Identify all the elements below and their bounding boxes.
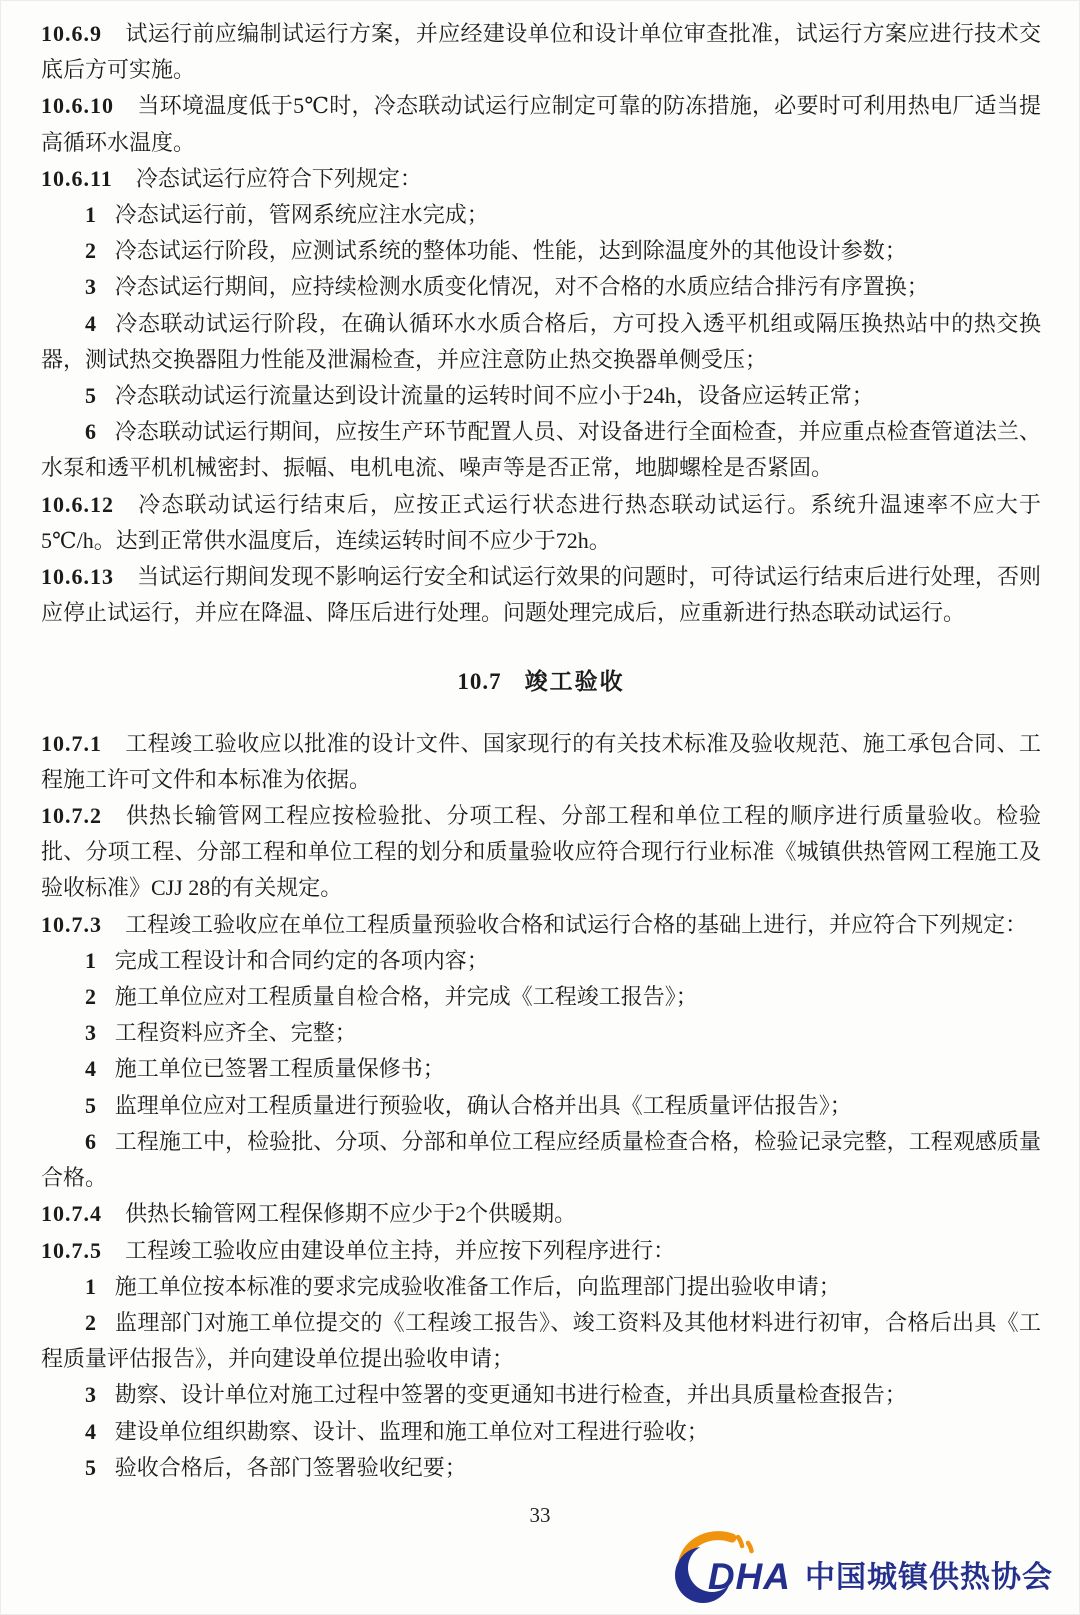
list-item: 4施工单位已签署工程质量保修书；: [41, 1051, 1041, 1087]
list-item-text: 施工单位已签署工程质量保修书；: [115, 1056, 445, 1081]
clause-paragraph: 10.6.9试运行前应编制试运行方案，并应经建设单位和设计单位审查批准，试运行方…: [41, 16, 1041, 88]
list-item-number: 5: [85, 1093, 96, 1118]
clause-text: 工程竣工验收应以批准的设计文件、国家现行的有关技术标准及验收规范、施工承包合同、…: [41, 731, 1041, 792]
list-item-number: 4: [85, 1419, 96, 1444]
clause-text: 供热长输管网工程保修期不应少于2个供暖期。: [125, 1201, 576, 1226]
clause-paragraph: 10.7.1工程竣工验收应以批准的设计文件、国家现行的有关技术标准及验收规范、施…: [41, 726, 1041, 798]
list-item-text: 冷态联动试运行流量达到设计流量的运转时间不应小于24h，设备应运转正常；: [115, 383, 874, 408]
section-number: 10.7: [457, 669, 501, 694]
list-item-text: 施工单位按本标准的要求完成验收准备工作后，向监理部门提出验收申请；: [115, 1274, 841, 1299]
list-item: 5冷态联动试运行流量达到设计流量的运转时间不应小于24h，设备应运转正常；: [41, 378, 1041, 414]
document-body: 10.6.9试运行前应编制试运行方案，并应经建设单位和设计单位审查批准，试运行方…: [1, 1, 1079, 1486]
list-item: 5验收合格后，各部门签署验收纪要；: [41, 1450, 1041, 1486]
clause-number: 10.7.2: [41, 803, 102, 828]
list-item-text: 完成工程设计和合同约定的各项内容；: [115, 948, 489, 973]
clause-paragraph: 10.6.13当试运行期间发现不影响运行安全和试运行效果的问题时，可待试运行结束…: [41, 559, 1041, 631]
list-item: 2冷态试运行阶段，应测试系统的整体功能、性能，达到除温度外的其他设计参数；: [41, 233, 1041, 269]
list-item: 6工程施工中，检验批、分项、分部和单位工程应经质量检查合格，检验记录完整，工程观…: [41, 1124, 1041, 1196]
list-item-number: 6: [85, 419, 96, 444]
clause-number: 10.6.9: [41, 21, 102, 46]
list-item-text: 冷态试运行期间，应持续检测水质变化情况，对不合格的水质应结合排污有序置换；: [115, 274, 929, 299]
clause-number: 10.7.4: [41, 1201, 102, 1226]
list-item-number: 4: [85, 1056, 96, 1081]
clause-number: 10.7.1: [41, 731, 102, 756]
list-item-number: 2: [85, 238, 96, 263]
page-number: 33: [1, 1503, 1079, 1528]
clause-text: 冷态联动试运行结束后，应按正式运行状态进行热态联动试运行。系统升温速率不应大于5…: [41, 492, 1041, 553]
clause-paragraph: 10.7.4供热长输管网工程保修期不应少于2个供暖期。: [41, 1196, 1041, 1232]
clause-paragraph: 10.6.10当环境温度低于5℃时，冷态联动试运行应制定可靠的防冻措施，必要时可…: [41, 88, 1041, 160]
clause-paragraph: 10.6.12冷态联动试运行结束后，应按正式运行状态进行热态联动试运行。系统升温…: [41, 487, 1041, 559]
list-item-number: 6: [85, 1129, 96, 1154]
list-item: 1冷态试运行前，管网系统应注水完成；: [41, 197, 1041, 233]
list-item-number: 1: [85, 202, 96, 227]
clause-number: 10.7.5: [41, 1238, 102, 1263]
clause-text: 工程竣工验收应在单位工程质量预验收合格和试运行合格的基础上进行，并应符合下列规定…: [125, 912, 1027, 937]
clause-text: 工程竣工验收应由建设单位主持，并应按下列程序进行：: [125, 1238, 675, 1263]
list-item-number: 3: [85, 1382, 96, 1407]
list-item-text: 工程资料应齐全、完整；: [115, 1020, 357, 1045]
list-item-text: 验收合格后，各部门签署验收纪要；: [115, 1455, 467, 1480]
list-item-number: 3: [85, 274, 96, 299]
clause-number: 10.6.10: [41, 93, 114, 118]
list-item-number: 3: [85, 1020, 96, 1045]
list-item: 4冷态联动试运行阶段，在确认循环水水质合格后，方可投入透平机组或隔压换热站中的热…: [41, 306, 1041, 378]
clause-text: 冷态试运行应符合下列规定：: [136, 166, 422, 191]
section-title: 竣工验收: [525, 669, 625, 694]
list-item-number: 1: [85, 1274, 96, 1299]
cdha-logo: DHA 中国城镇供热协会: [672, 1530, 1053, 1608]
clause-paragraph: 10.6.11冷态试运行应符合下列规定：: [41, 161, 1041, 197]
list-item-text: 工程施工中，检验批、分项、分部和单位工程应经质量检查合格，检验记录完整，工程观感…: [41, 1129, 1041, 1190]
section-heading: 10.7竣工验收: [41, 664, 1041, 700]
list-item-number: 5: [85, 383, 96, 408]
list-item: 5监理单位应对工程质量进行预验收，确认合格并出具《工程质量评估报告》；: [41, 1088, 1041, 1124]
list-item-number: 2: [85, 1310, 96, 1335]
list-item: 2监理部门对施工单位提交的《工程竣工报告》、竣工资料及其他材料进行初审，合格后出…: [41, 1305, 1041, 1377]
document-page: 10.6.9试运行前应编制试运行方案，并应经建设单位和设计单位审查批准，试运行方…: [0, 0, 1080, 1615]
list-item: 3勘察、设计单位对施工过程中签署的变更通知书进行检查，并出具质量检查报告；: [41, 1377, 1041, 1413]
list-item-text: 冷态联动试运行期间，应按生产环节配置人员、对设备进行全面检查，并应重点检查管道法…: [41, 419, 1041, 480]
clause-text: 当试运行期间发现不影响运行安全和试运行效果的问题时，可待试运行结束后进行处理，否…: [41, 564, 1041, 625]
clause-number: 10.6.12: [41, 492, 114, 517]
list-item-text: 冷态试运行前，管网系统应注水完成；: [115, 202, 489, 227]
list-item-number: 4: [85, 311, 96, 336]
clause-paragraph: 10.7.3工程竣工验收应在单位工程质量预验收合格和试运行合格的基础上进行，并应…: [41, 907, 1041, 943]
cdha-logo-acronym: DHA: [708, 1556, 791, 1598]
list-item: 6冷态联动试运行期间，应按生产环节配置人员、对设备进行全面检查，并应重点检查管道…: [41, 414, 1041, 486]
list-item: 3工程资料应齐全、完整；: [41, 1015, 1041, 1051]
clause-text: 试运行前应编制试运行方案，并应经建设单位和设计单位审查批准，试运行方案应进行技术…: [41, 21, 1041, 82]
list-item-text: 建设单位组织勘察、设计、监理和施工单位对工程进行验收；: [115, 1419, 709, 1444]
list-item-text: 冷态联动试运行阶段，在确认循环水水质合格后，方可投入透平机组或隔压换热站中的热交…: [41, 311, 1041, 372]
list-item: 3冷态试运行期间，应持续检测水质变化情况，对不合格的水质应结合排污有序置换；: [41, 269, 1041, 305]
clause-number: 10.7.3: [41, 912, 102, 937]
clause-paragraph: 10.7.2供热长输管网工程应按检验批、分项工程、分部工程和单位工程的顺序进行质…: [41, 798, 1041, 907]
clause-text: 当环境温度低于5℃时，冷态联动试运行应制定可靠的防冻措施，必要时可利用热电厂适当…: [41, 93, 1041, 154]
list-item: 4建设单位组织勘察、设计、监理和施工单位对工程进行验收；: [41, 1414, 1041, 1450]
list-item-number: 2: [85, 984, 96, 1009]
clause-number: 10.6.11: [41, 166, 113, 191]
list-item-number: 5: [85, 1455, 96, 1480]
clause-number: 10.6.13: [41, 564, 114, 589]
clause-paragraph: 10.7.5工程竣工验收应由建设单位主持，并应按下列程序进行：: [41, 1233, 1041, 1269]
list-item-text: 施工单位应对工程质量自检合格，并完成《工程竣工报告》；: [115, 984, 698, 1009]
list-item-text: 监理单位应对工程质量进行预验收，确认合格并出具《工程质量评估报告》；: [115, 1093, 852, 1118]
list-item: 1施工单位按本标准的要求完成验收准备工作后，向监理部门提出验收申请；: [41, 1269, 1041, 1305]
list-item-text: 监理部门对施工单位提交的《工程竣工报告》、竣工资料及其他材料进行初审，合格后出具…: [41, 1310, 1041, 1371]
list-item-text: 冷态试运行阶段，应测试系统的整体功能、性能，达到除温度外的其他设计参数；: [115, 238, 907, 263]
list-item-number: 1: [85, 948, 96, 973]
list-item: 2施工单位应对工程质量自检合格，并完成《工程竣工报告》；: [41, 979, 1041, 1015]
list-item-text: 勘察、设计单位对施工过程中签署的变更通知书进行检查，并出具质量检查报告；: [115, 1382, 907, 1407]
list-item: 1完成工程设计和合同约定的各项内容；: [41, 943, 1041, 979]
cdha-logo-orgname: 中国城镇供热协会: [805, 1552, 1053, 1596]
clause-text: 供热长输管网工程应按检验批、分项工程、分部工程和单位工程的顺序进行质量验收。检验…: [41, 803, 1041, 900]
